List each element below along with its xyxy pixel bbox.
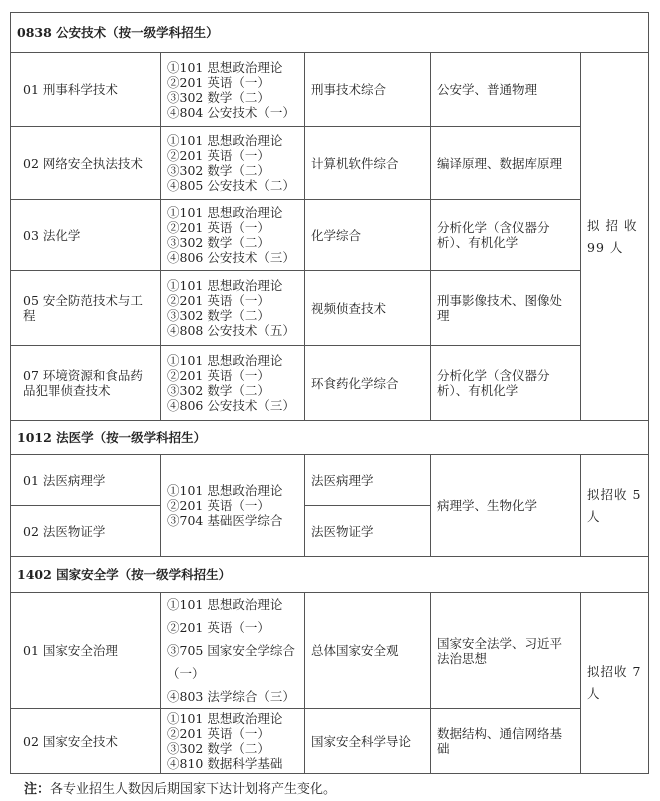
exam-item: ③302 数学（二） — [167, 235, 298, 250]
exam-subjects: ①101 思想政治理论 ②201 英语（一） ③302 数学（二） ④808 公… — [161, 271, 305, 346]
table-row: 07 环境资源和食品药品犯罪侦查技术 ①101 思想政治理论 ②201 英语（一… — [11, 346, 649, 421]
footnote: 注：各专业招生人数因后期国家下达计划将产生变化。 — [24, 778, 336, 797]
exam-subjects: ①101 思想政治理论 ②201 英语（一） ③302 数学（二） ④806 公… — [161, 346, 305, 421]
section-title: 1012 法医学（按一级学科招生） — [11, 421, 649, 455]
exam-item: ①101 思想政治理论 — [167, 205, 298, 220]
exam-item: ③302 数学（二） — [167, 741, 298, 756]
major-name: 02 网络安全执法技术 — [11, 127, 161, 200]
exam-item: ③302 数学（二） — [167, 383, 298, 398]
equal-level-subjects: 病理学、生物化学 — [431, 455, 581, 557]
exam-subjects: ①101 思想政治理论 ②201 英语（一） ③704 基础医学综合 — [161, 455, 305, 557]
exam-item: ②201 英语（一） — [167, 148, 298, 163]
exam-subjects: ①101 思想政治理论 ②201 英语（一） ③302 数学（二） ④806 公… — [161, 200, 305, 271]
admissions-table: 0838 公安技术（按一级学科招生） 01 刑事科学技术 ①101 思想政治理论… — [10, 12, 649, 774]
section-title: 1402 国家安全学（按一级学科招生） — [11, 557, 649, 593]
quota: 拟招收 7 人 — [581, 593, 649, 774]
exam-item: ②201 英语（一） — [167, 220, 298, 235]
major-name: 01 刑事科学技术 — [11, 53, 161, 127]
major-name: 05 安全防范技术与工程 — [11, 271, 161, 346]
table-row: 01 国家安全治理 ①101 思想政治理论 ②201 英语（一） ③705 国家… — [11, 593, 649, 709]
equal-level-subjects: 刑事影像技术、图像处理 — [431, 271, 581, 346]
section-header-row: 1402 国家安全学（按一级学科招生） — [11, 557, 649, 593]
major-name: 01 国家安全治理 — [11, 593, 161, 709]
exam-item: ②201 英语（一） — [167, 616, 298, 639]
section-title: 0838 公安技术（按一级学科招生） — [11, 13, 649, 53]
retest-subject: 法医病理学 — [305, 455, 431, 506]
section-header-row: 0838 公安技术（按一级学科招生） — [11, 13, 649, 53]
exam-item: ③302 数学（二） — [167, 90, 298, 105]
exam-item: ②201 英语（一） — [167, 498, 298, 513]
exam-item: ②201 英语（一） — [167, 75, 298, 90]
retest-subject: 计算机软件综合 — [305, 127, 431, 200]
exam-subjects: ①101 思想政治理论 ②201 英语（一） ③302 数学（二） ④810 数… — [161, 709, 305, 774]
exam-subjects: ①101 思想政治理论 ②201 英语（一） ③705 国家安全学综合（一） ④… — [161, 593, 305, 709]
retest-subject: 总体国家安全观 — [305, 593, 431, 709]
quota: 拟 招 收 99 人 — [581, 53, 649, 421]
exam-subjects: ①101 思想政治理论 ②201 英语（一） ③302 数学（二） ④804 公… — [161, 53, 305, 127]
admissions-table-container: 0838 公安技术（按一级学科招生） 01 刑事科学技术 ①101 思想政治理论… — [10, 12, 648, 774]
retest-subject: 化学综合 — [305, 200, 431, 271]
exam-item: ③302 数学（二） — [167, 163, 298, 178]
footnote-text: 各专业招生人数因后期国家下达计划将产生变化。 — [50, 782, 336, 797]
exam-item: ②201 英语（一） — [167, 726, 298, 741]
exam-item: ①101 思想政治理论 — [167, 483, 298, 498]
exam-item: ④806 公安技术（三） — [167, 250, 298, 265]
equal-level-subjects: 编译原理、数据库原理 — [431, 127, 581, 200]
exam-item: ①101 思想政治理论 — [167, 133, 298, 148]
equal-level-subjects: 数据结构、通信网络基础 — [431, 709, 581, 774]
table-row: 05 安全防范技术与工程 ①101 思想政治理论 ②201 英语（一） ③302… — [11, 271, 649, 346]
major-name: 07 环境资源和食品药品犯罪侦查技术 — [11, 346, 161, 421]
exam-item: ④804 公安技术（一） — [167, 105, 298, 120]
retest-subject: 视频侦查技术 — [305, 271, 431, 346]
exam-item: ④808 公安技术（五） — [167, 323, 298, 338]
table-row: 02 国家安全技术 ①101 思想政治理论 ②201 英语（一） ③302 数学… — [11, 709, 649, 774]
footnote-label: 注： — [24, 782, 50, 797]
retest-subject: 法医物证学 — [305, 506, 431, 557]
exam-item: ④810 数据科学基础 — [167, 756, 298, 771]
exam-item: ③302 数学（二） — [167, 308, 298, 323]
exam-item: ①101 思想政治理论 — [167, 353, 298, 368]
retest-subject: 国家安全科学导论 — [305, 709, 431, 774]
major-name: 02 法医物证学 — [11, 506, 161, 557]
exam-subjects: ①101 思想政治理论 ②201 英语（一） ③302 数学（二） ④805 公… — [161, 127, 305, 200]
table-row: 02 网络安全执法技术 ①101 思想政治理论 ②201 英语（一） ③302 … — [11, 127, 649, 200]
equal-level-subjects: 分析化学（含仪器分析）、有机化学 — [431, 200, 581, 271]
exam-item: ①101 思想政治理论 — [167, 60, 298, 75]
major-name: 02 国家安全技术 — [11, 709, 161, 774]
table-row: 01 刑事科学技术 ①101 思想政治理论 ②201 英语（一） ③302 数学… — [11, 53, 649, 127]
exam-item: ④805 公安技术（二） — [167, 178, 298, 193]
retest-subject: 刑事技术综合 — [305, 53, 431, 127]
equal-level-subjects: 公安学、普通物理 — [431, 53, 581, 127]
exam-item: ③705 国家安全学综合（一） — [167, 639, 298, 685]
major-name: 03 法化学 — [11, 200, 161, 271]
exam-item: ①101 思想政治理论 — [167, 593, 298, 616]
table-row: 01 法医病理学 ①101 思想政治理论 ②201 英语（一） ③704 基础医… — [11, 455, 649, 506]
exam-item: ①101 思想政治理论 — [167, 278, 298, 293]
section-header-row: 1012 法医学（按一级学科招生） — [11, 421, 649, 455]
exam-item: ④806 公安技术（三） — [167, 398, 298, 413]
equal-level-subjects: 国家安全法学、习近平法治思想 — [431, 593, 581, 709]
exam-item: ②201 英语（一） — [167, 368, 298, 383]
exam-item: ④803 法学综合（三） — [167, 685, 298, 708]
exam-item: ②201 英语（一） — [167, 293, 298, 308]
equal-level-subjects: 分析化学（含仪器分析）、有机化学 — [431, 346, 581, 421]
retest-subject: 环食药化学综合 — [305, 346, 431, 421]
quota: 拟招收 5 人 — [581, 455, 649, 557]
major-name: 01 法医病理学 — [11, 455, 161, 506]
exam-item: ③704 基础医学综合 — [167, 513, 298, 528]
exam-item: ①101 思想政治理论 — [167, 711, 298, 726]
table-row: 03 法化学 ①101 思想政治理论 ②201 英语（一） ③302 数学（二）… — [11, 200, 649, 271]
